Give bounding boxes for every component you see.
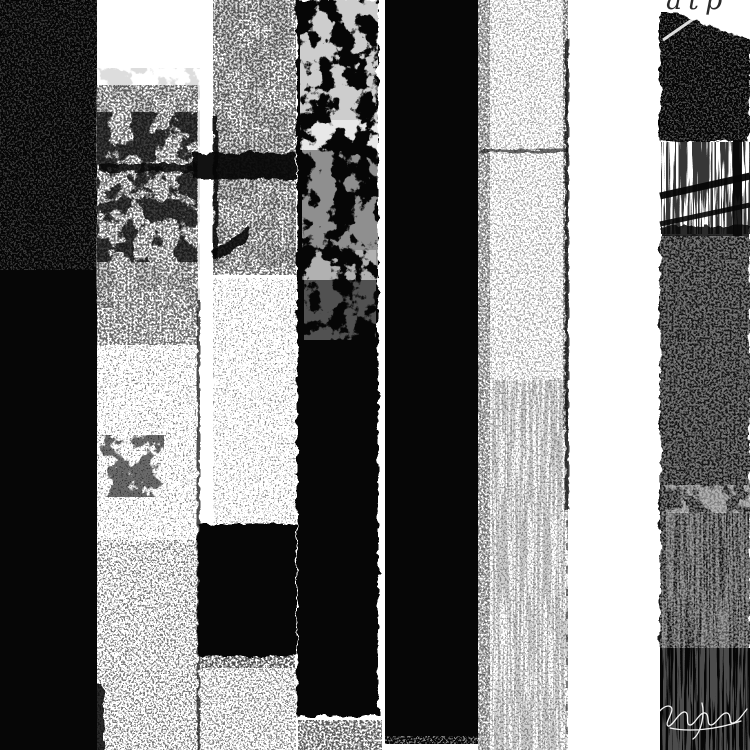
horizontal-line-thin: [99, 163, 196, 172]
stripe2-dark-blotches: [97, 112, 197, 262]
stripe6-left-edge-speckle: [478, 0, 490, 750]
stripe3-left-edge-line: [213, 115, 218, 260]
stripe3-speckle-top: [213, 0, 296, 275]
divider-line-right: [565, 40, 569, 510]
stripe2-speckle-bottom: [96, 540, 198, 750]
stripe7-light-band: [662, 485, 750, 513]
artwork-frame: atp: [0, 0, 750, 750]
stripe4-bottom-speckle: [298, 720, 382, 750]
stripe6-horizontal-line: [479, 149, 568, 153]
stripe2-arc-smudge: [100, 435, 164, 497]
stripe5-black-band: [385, 0, 478, 744]
stripe7-fence-post: [733, 140, 742, 236]
stripe3-edge-clumps: [200, 648, 295, 668]
horizontal-bar-thick: [193, 153, 296, 179]
left-band-white-speckle: [0, 0, 97, 270]
stripe5-bottom-flecks: [385, 736, 478, 750]
stripe3-speckle-bottom: [198, 668, 296, 750]
painting-layers: atp: [0, 0, 750, 750]
stripe2-bottom-streak: [95, 686, 104, 750]
stripe6-vertical-streaks: [492, 380, 568, 750]
abstract-painting-canvas: atp: [0, 0, 750, 750]
stripe3-black-block: [198, 524, 296, 656]
stripe3-speckle-mid: [213, 278, 296, 524]
stripe4-smoke-fade: [304, 250, 376, 340]
